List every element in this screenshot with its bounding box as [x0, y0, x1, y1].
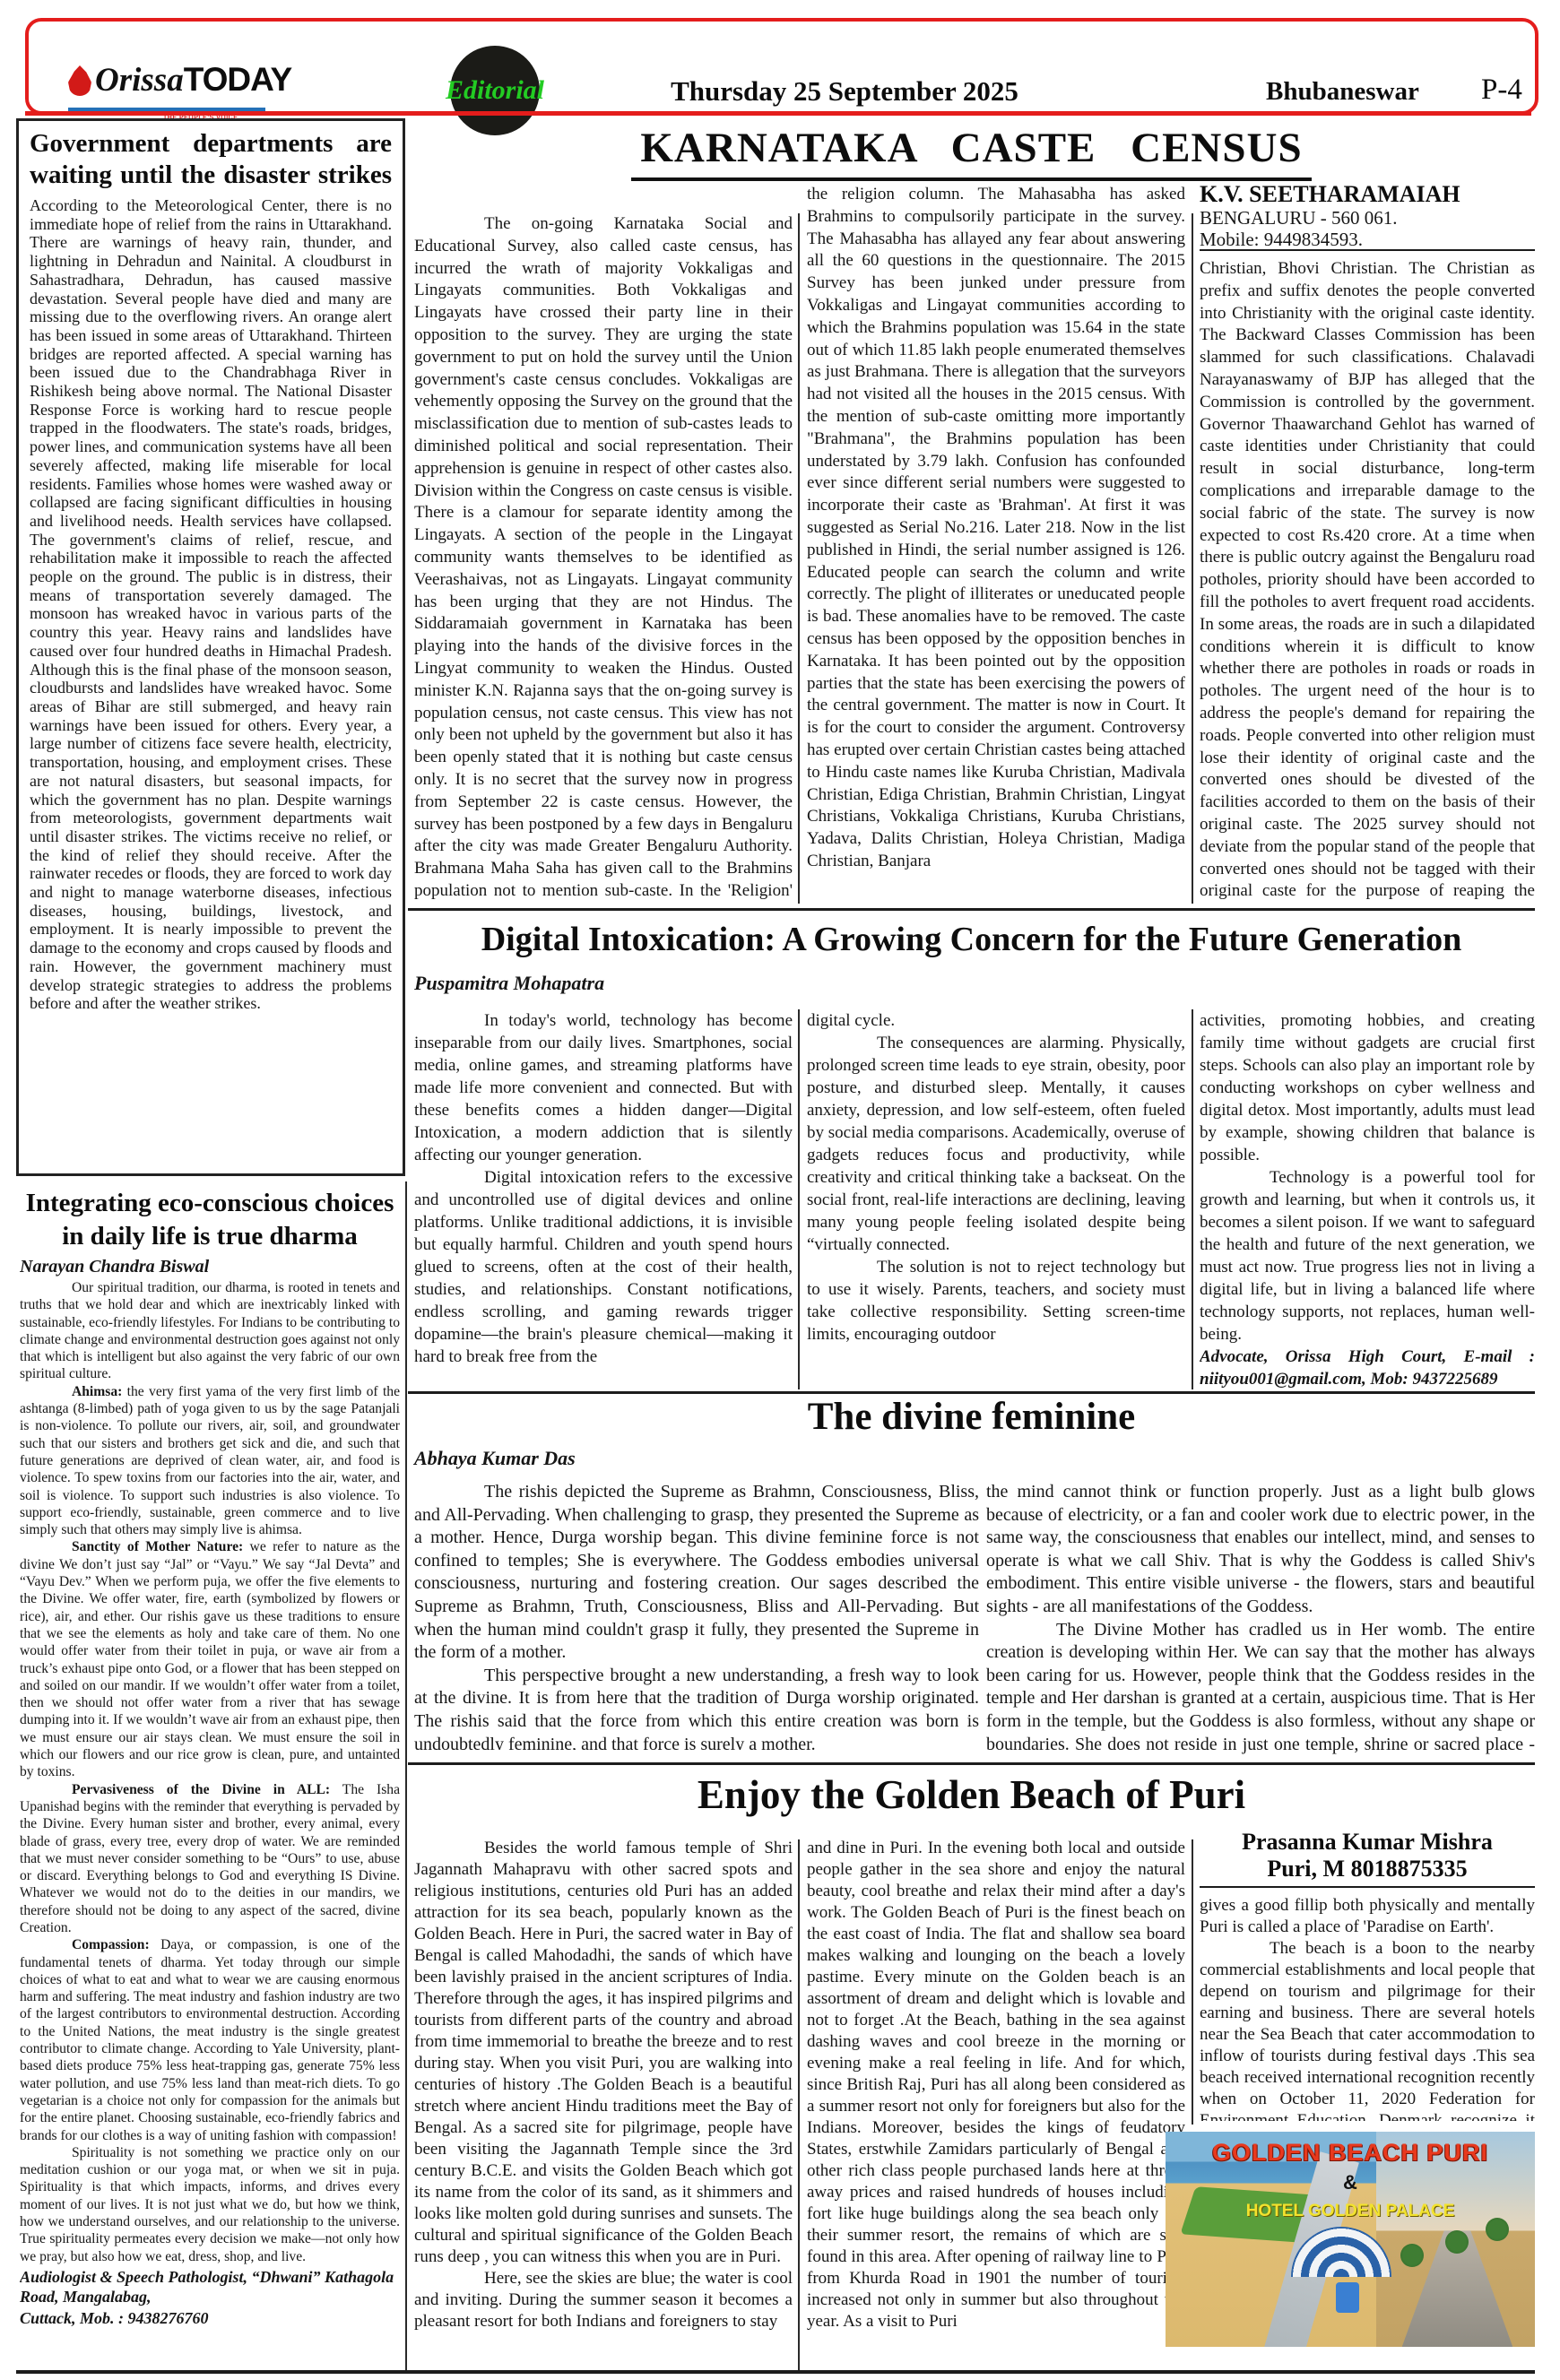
article-digital-col2: digital cycle. The consequences are alar… — [807, 1009, 1185, 1389]
article-eco-footer-line2: Cuttack, Mob. : 9438276760 — [20, 2308, 400, 2328]
paragraph: Ahimsa: the very first yama of the very … — [20, 1383, 400, 1539]
column-separator — [1192, 213, 1193, 904]
masthead: OrissaTODAY THE PEOPLE'S VOICE Editorial… — [25, 18, 1538, 115]
photo-caption-title: GOLDEN BEACH PURI — [1166, 2139, 1535, 2167]
author-mobile: Mobile: 9449834593. — [1200, 229, 1535, 250]
paragraph: digital cycle. — [807, 1009, 1185, 1032]
paragraph-text: Daya, or compassion, is one of the funda… — [20, 1937, 400, 2142]
newspaper-page: OrissaTODAY THE PEOPLE'S VOICE Editorial… — [0, 0, 1560, 2380]
article-beach-author-block: Prasanna Kumar Mishra Puri, M 8018875335 — [1200, 1829, 1535, 1882]
article-disaster-title: Government departments are waiting until… — [30, 128, 392, 191]
paragraph: The Divine Mother has cradled us in Her … — [986, 1619, 1535, 1759]
paragraph: Sanctity of Mother Nature: we refer to n… — [20, 1538, 400, 1780]
column-text: the religion column. The Mahasabha has a… — [807, 184, 1185, 873]
paragraph: and dine in Puri. In the evening both lo… — [807, 1838, 1185, 2332]
column-separator — [1192, 1839, 1193, 2125]
photo-caption-subtitle: HOTEL GOLDEN PALACE — [1166, 2202, 1535, 2221]
article-beach-col2: and dine in Puri. In the evening both lo… — [807, 1838, 1185, 2370]
paragraph: In today's world, technology has become … — [414, 1009, 793, 1166]
column-separator — [798, 213, 800, 904]
article-divine-byline: Abhaya Kumar Das — [414, 1447, 576, 1470]
column-text: Christian, Bhovi Christian. The Christia… — [1200, 258, 1535, 905]
byline-rule — [1200, 1886, 1535, 1888]
issue-date: Thursday 25 September 2025 — [656, 75, 1033, 108]
article-eco-byline: Narayan Chandra Biswal — [20, 1257, 400, 1277]
paragraph: Digital intoxication refers to the exces… — [414, 1166, 793, 1368]
article-digital-footer: Advocate, Orissa High Court, E-mail : ni… — [1200, 1346, 1535, 1389]
paragraph: Technology is a powerful tool for growth… — [1200, 1166, 1535, 1346]
author-city: Puri, M 8018875335 — [1200, 1856, 1535, 1882]
paragraph: activities, promoting hobbies, and creat… — [1200, 1009, 1535, 1166]
article-eco-footer-line1: Audiologist & Speech Pathologist, “Dhwan… — [20, 2267, 400, 2306]
photo-beach-chair — [1336, 2282, 1359, 2313]
article-disaster: Government departments are waiting until… — [16, 118, 405, 1176]
paragraph: Compassion: Daya, or compassion, is one … — [20, 1936, 400, 2144]
paragraph: Here, see the skies are blue; the water … — [414, 2268, 793, 2332]
article-digital-headline: Digital Intoxication: A Growing Concern … — [408, 920, 1535, 959]
article-digital-col1: In today's world, technology has become … — [414, 1009, 793, 1389]
editorial-badge: Editorial — [450, 46, 540, 135]
paragraph-text: we refer to nature as the divine We don’… — [20, 1539, 400, 1779]
article-karnataka-col2: the religion column. The Mahasabha has a… — [807, 184, 1185, 904]
article-eco: Integrating eco-conscious choices in dai… — [20, 1187, 400, 2367]
article-eco-body: Our spiritual tradition, our dharma, is … — [20, 1279, 400, 2265]
flame-icon — [68, 65, 91, 96]
paragraph: the mind cannot think or function proper… — [986, 1481, 1535, 1619]
article-divine-col1: The rishis depicted the Supreme as Brahm… — [414, 1481, 979, 1750]
paper-name-italic: Orissa — [95, 62, 184, 99]
paragraph: gives a good fillip both physically and … — [1200, 1895, 1535, 1938]
paragraph: The rishis depicted the Supreme as Brahm… — [414, 1481, 979, 1665]
article-karnataka-col1: The on-going Karnataka Social and Educat… — [414, 213, 793, 904]
column-separator — [798, 1839, 800, 2370]
article-digital-byline: Puspamitra Mohapatra — [414, 972, 604, 995]
byline-rule — [1200, 249, 1535, 251]
article-divine-headline: The divine feminine — [408, 1395, 1535, 1439]
author-name: K.V. SEETHARAMAIAH — [1200, 182, 1535, 207]
paragraph: This perspective brought a new understan… — [414, 1665, 979, 1750]
paragraph-text: The Isha Upanishad begins with the remin… — [20, 1782, 400, 1935]
article-digital-col3: activities, promoting hobbies, and creat… — [1200, 1009, 1535, 1389]
section-divider — [408, 1762, 1535, 1765]
headline-text: KARNATAKA CASTE CENSUS — [631, 124, 1311, 181]
paper-name-bold: TODAY — [184, 61, 291, 98]
article-divine-col2: the mind cannot think or function proper… — [986, 1481, 1535, 1759]
paragraph-text: the very first yama of the very first li… — [20, 1384, 400, 1537]
page-bottom-rule — [16, 2370, 1535, 2374]
beach-photo: GOLDEN BEACH PURI & HOTEL GOLDEN PALACE — [1166, 2132, 1535, 2347]
paragraph: The consequences are alarming. Physicall… — [807, 1032, 1185, 1256]
page-number: P-4 — [1481, 74, 1522, 107]
edition-city: Bhubaneswar — [1266, 77, 1419, 107]
article-karnataka-author-block: K.V. SEETHARAMAIAH BENGALURU - 560 061. … — [1200, 182, 1535, 250]
paragraph-lead: Ahimsa: — [72, 1384, 122, 1399]
paragraph: Our spiritual tradition, our dharma, is … — [20, 1279, 400, 1383]
section-divider — [408, 1391, 1535, 1394]
article-karnataka-col3: Christian, Bhovi Christian. The Christia… — [1200, 258, 1535, 905]
column-separator — [405, 1181, 407, 2370]
paragraph-lead: Compassion: — [72, 1937, 150, 1952]
photo-caption-ampersand: & — [1166, 2171, 1535, 2194]
paragraph: Pervasiveness of the Divine in ALL: The … — [20, 1781, 400, 1937]
section-divider — [408, 908, 1535, 911]
paper-logo: OrissaTODAY — [68, 61, 291, 100]
article-disaster-body: According to the Meteorological Center, … — [30, 196, 392, 1013]
author-name: Prasanna Kumar Mishra — [1200, 1829, 1535, 1856]
article-beach-col3: gives a good fillip both physically and … — [1200, 1895, 1535, 2121]
editorial-badge-label: Editorial — [446, 75, 544, 106]
masthead-underline — [25, 111, 1531, 116]
paragraph: The beach is a boon to the nearby commer… — [1200, 1938, 1535, 2121]
article-karnataka-headline: KARNATAKA CASTE CENSUS — [408, 124, 1535, 181]
column-text: The on-going Karnataka Social and Educat… — [414, 213, 793, 904]
paragraph: Besides the world famous temple of Shri … — [414, 1838, 793, 2268]
column-separator — [1192, 1009, 1193, 1389]
author-city: BENGALURU - 560 061. — [1200, 207, 1535, 229]
paragraph: Spirituality is not something we practic… — [20, 2144, 400, 2265]
article-eco-title-line1: Integrating eco-conscious choices — [20, 1187, 400, 1220]
paragraph-lead: Pervasiveness of the Divine in ALL: — [72, 1782, 330, 1797]
article-beach-headline: Enjoy the Golden Beach of Puri — [408, 1771, 1535, 1818]
paragraph: The solution is not to reject technology… — [807, 1256, 1185, 1346]
column-separator — [798, 1009, 800, 1389]
paragraph-lead: Sanctity of Mother Nature: — [72, 1539, 243, 1554]
article-beach-col1: Besides the world famous temple of Shri … — [414, 1838, 793, 2370]
article-eco-title-line2: in daily life is true dharma — [20, 1220, 400, 1253]
